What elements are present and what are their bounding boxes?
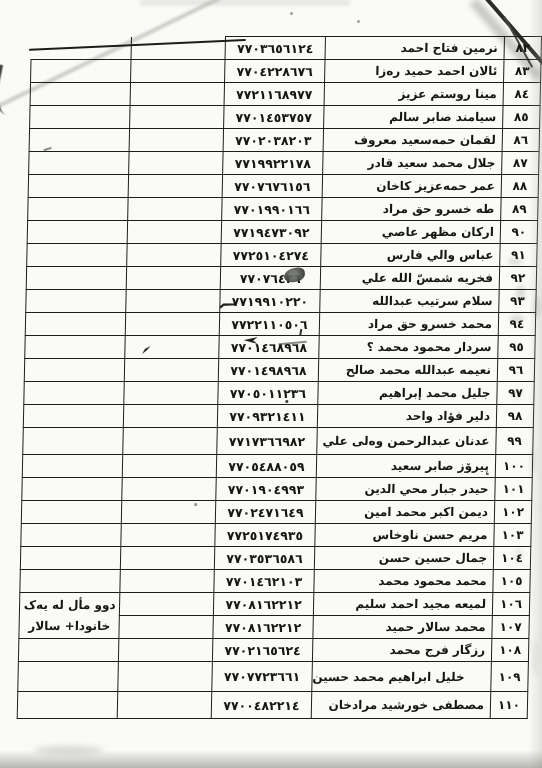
phone-cell: ٧٧٠٧٦٧٦١٥٦: [222, 175, 322, 198]
empty-cell: [118, 662, 212, 692]
empty-cell: [127, 244, 221, 267]
phone-cell: ٧٧٠٧٧٢٣٦٦١: [212, 662, 312, 692]
empty-cell: [122, 478, 216, 501]
name-cell: اركان مظهر عاصي: [321, 221, 501, 244]
notes-cell: [18, 639, 119, 662]
row-number-cell: ٩٤: [498, 313, 535, 336]
row-number-cell: ١٠٢: [494, 501, 531, 524]
name-cell: سردار محمود محمد ؟: [319, 336, 499, 359]
name-cell: جليل محمد إبراهيم: [318, 382, 498, 405]
row-number-cell: ١٠٦: [492, 593, 529, 616]
name-cell: جلال محمد سعيد قادر: [322, 152, 502, 175]
phone-cell: ٧٧٠٢٤٧١٦٤٩: [215, 501, 315, 524]
table-row: ٩٩ عدنان عبدالرحمن وەلى علي ٧٧١٧٣٦٦٩٨٢: [23, 428, 534, 455]
name-cell: حيدر جبار محي الدين: [316, 478, 496, 501]
notes-cell: [23, 405, 124, 428]
row-number-cell: ١٠٩: [491, 662, 529, 692]
empty-cell: [131, 60, 225, 83]
ink-speck: [357, 20, 360, 23]
phone-cell: ٧٧٢٢١١٠٥٠٦: [219, 313, 319, 336]
notes-cell: [29, 152, 130, 175]
table-row: ٨٦ لقمان حمەسعيد معروف ٧٧٠٢٠٣٨٢٠٣: [29, 129, 539, 152]
empty-cell: [123, 455, 217, 478]
notes-cell: [27, 221, 128, 244]
name-cell: لقمان حمەسعيد معروف: [323, 129, 503, 152]
phone-cell: ٧٧٠٩٣٢١٤١١: [217, 405, 317, 428]
row-number-cell: ٩٠: [500, 221, 537, 244]
row-number-cell: ١٠٣: [494, 524, 531, 547]
row-number-cell: ٩٥: [498, 336, 535, 359]
table-row: ١٠٣ مريم حسن ناوخاس ٧٧٢٥١٧٤٩٣٥: [21, 524, 531, 547]
notes-cell: [31, 60, 132, 83]
notes-cell: [21, 524, 122, 547]
name-cell: مينا روستم عزيز: [324, 83, 504, 106]
phone-cell: ٧٧٠١٤٦٨٩٦٨: [219, 336, 319, 359]
table-row: ٩٦ نعيمه عبدالله محمد صالح ٧٧٠١٤٩٨٩٦٨: [24, 359, 534, 382]
contact-table: ٨٢ نرمين فتاح احمد ٧٧٠٣٦٥٦١٢٤ ٨٣ ئالان ا…: [17, 36, 542, 719]
phone-cell: ٧٧٠١٩٩٠١٦٦: [222, 198, 322, 221]
empty-cell: [120, 593, 214, 616]
name-cell: ديمن اكبر محمد امين: [315, 501, 495, 524]
row-number-cell: ١٠٥: [493, 570, 530, 593]
phone-cell: ٧٧١٧٣٦٦٩٨٢: [217, 428, 317, 455]
table-row: ٨٧ جلال محمد سعيد قادر ٧٧١٩٩٢٢١٧٨: [29, 152, 539, 175]
name-cell: لميعه مجيد احمد سليم: [313, 593, 493, 616]
name-cell: محمد خسرو حق مراد: [319, 313, 499, 336]
notes-cell: [23, 428, 124, 455]
notes-cell: [24, 382, 125, 405]
row-number-cell: ٨٩: [501, 198, 538, 221]
row-number-cell: ٩٦: [497, 359, 534, 382]
name-cell: عدنان عبدالرحمن وەلى علي: [317, 428, 497, 455]
empty-cell: [124, 382, 218, 405]
empty-cell: [125, 359, 219, 382]
table-row: ١٠٨ رزگار فرج محمد ٧٧٠٢١٦٥٦٢٤: [18, 639, 528, 662]
empty-cell: [130, 106, 224, 129]
empty-cell: [121, 524, 215, 547]
empty-cell: [123, 428, 217, 455]
table-row: ٩٢ فخريه شمسّ الله علي ٧٧٠٧٦٤٣٦: [26, 267, 536, 290]
name-cell: عمر حمەعزيز كاخان: [322, 175, 502, 198]
name-cell: عباس والي فارس: [321, 244, 501, 267]
empty-cell: [129, 152, 223, 175]
empty-cell: [119, 616, 213, 639]
contact-table-scan: ٨٢ نرمين فتاح احمد ٧٧٠٣٦٥٦١٢٤ ٨٣ ئالان ا…: [17, 36, 542, 719]
table-row: ٨٣ ئالان احمد حميد رەزا ٧٧٠٤٢٢٨٦٧٦: [31, 60, 541, 83]
phone-cell: ٧٧٠٢١٦٥٦٢٤: [212, 639, 312, 662]
row-number-cell: ٩٨: [496, 405, 533, 428]
row-number-cell: ٩٩: [496, 428, 534, 455]
scanned-document-page: ٨٢ نرمين فتاح احمد ٧٧٠٣٦٥٦١٢٤ ٨٣ ئالان ا…: [0, 0, 542, 768]
empty-cell: [126, 290, 220, 313]
row-number-cell: ٨٤: [503, 83, 540, 106]
name-cell: سيامند صابر سالم: [323, 106, 503, 129]
phone-cell: ٧٧٠٧٦٤٣٦: [220, 267, 320, 290]
empty-cell: [126, 313, 220, 336]
row-number-cell: ٨٢: [504, 37, 541, 60]
table-row: ١٠١ حيدر جبار محي الدين ٧٧٠١٩٠٤٩٩٣: [22, 478, 532, 501]
row-number-cell: ٩٢: [499, 267, 536, 290]
phone-cell: ٧٧١٩٤٧٣٠٩٢: [221, 221, 321, 244]
notes-cell: [22, 455, 123, 478]
table-row: ١٠٢ ديمن اكبر محمد امين ٧٧٠٢٤٧١٦٤٩: [21, 501, 531, 524]
scanner-edge-shadow-bottom: [0, 750, 542, 768]
phone-cell: ٧٧٠١٤٩٨٩٦٨: [218, 359, 318, 382]
row-number-cell: ٨٣: [504, 60, 541, 83]
table-row: ٩٨ دلير فؤاد واحد ٧٧٠٩٣٢١٤١١: [23, 405, 533, 428]
empty-cell: [124, 405, 218, 428]
notes-cell: [17, 692, 118, 719]
table-row: ٨٥ سيامند صابر سالم ٧٧٠١٤٥٣٧٥٧: [30, 106, 540, 129]
row-number-cell: ١١٠: [490, 692, 528, 719]
empty-cell: [121, 547, 215, 570]
table-row: ١٠٤ جمال حسين حسن ٧٧٠٣٥٣٦٥٨٦: [20, 547, 530, 570]
empty-cell: [127, 221, 221, 244]
notes-cell: [29, 129, 130, 152]
table-row: ٩١ عباس والي فارس ٧٧٢٥١٠٤٢٧٤: [27, 244, 537, 267]
row-number-cell: ٩١: [500, 244, 537, 267]
table-row: ٩٤ محمد خسرو حق مراد ٧٧٢٢١١٠٥٠٦: [25, 313, 535, 336]
name-cell: محمد محمود محمد: [314, 570, 494, 593]
name-cell: محمد سالار حميد: [313, 616, 493, 639]
name-cell: طه خسرو حق مراد: [322, 198, 502, 221]
name-cell: ئالان احمد حميد رەزا: [324, 60, 504, 83]
notes-cell: [25, 313, 126, 336]
name-cell: فخريه شمسّ الله علي: [320, 267, 500, 290]
notes-cell: [24, 359, 125, 382]
notes-cell: [28, 175, 129, 198]
table-row: ١١٠ مصطفى خورشيد مرادخان ٧٧٠٠٤٨٢٢١٤: [17, 692, 528, 719]
phone-cell: ٧٧٠٤٢٢٨٦٧٦: [225, 60, 325, 83]
notes-cell: [20, 547, 121, 570]
ink-speck: [290, 12, 293, 15]
table-row: ٨٨ عمر حمەعزيز كاخان ٧٧٠٧٦٧٦١٥٦: [28, 175, 538, 198]
phone-cell: ٧٧١٩٩٢٢١٧٨: [223, 152, 323, 175]
name-cell: دلير فؤاد واحد: [317, 405, 497, 428]
phone-cell: ٧٧٢٥١٠٤٢٧٤: [221, 244, 321, 267]
phone-cell: ٧٧٠٢٠٣٨٢٠٣: [223, 129, 323, 152]
empty-cell: [122, 501, 216, 524]
table-row: ١٠٩ خليل ابراهيم محمد حسين ٧٧٠٧٧٢٣٦٦١: [18, 662, 529, 692]
note-line-2: خانودا+ سالار: [19, 616, 119, 637]
name-cell: جمال حسين حسن: [314, 547, 494, 570]
table-row: ٨٤ مينا روستم عزيز ٧٧٢١١٦٨٩٧٧: [30, 83, 540, 106]
notes-cell: [30, 106, 131, 129]
table-row: ١٠٥ محمد محمود محمد ٧٧٠١٤٦٢١٠٣: [20, 570, 530, 593]
row-number-cell: ١٠٧: [492, 616, 529, 639]
phone-cell: ٧٧٠٨١٦٢٢١٢: [213, 616, 313, 639]
table-row: ٩٠ اركان مظهر عاصي ٧٧١٩٤٧٣٠٩٢: [27, 221, 537, 244]
table-row: ٩٧ جليل محمد إبراهيم ٧٧٠٥٠١١٢٣٦: [24, 382, 534, 405]
row-number-cell: ٨٧: [502, 152, 539, 175]
phone-cell: ٧٧٠١٤٦٢١٠٣: [214, 570, 314, 593]
notes-cell: [22, 478, 123, 501]
empty-cell: [125, 336, 219, 359]
name-cell: پيرۆز صابر سعيد: [316, 455, 496, 478]
page-curl-mark: [0, 64, 19, 115]
phone-cell: ٧٧١٩٩١٠٢٢٠: [220, 290, 320, 313]
table-row: ١٠٠ پيرۆز صابر سعيد ٧٧٠٥٤٨٨٠٥٩: [22, 455, 532, 478]
row-number-cell: ١٠٤: [493, 547, 530, 570]
table-row: ٨٩ طه خسرو حق مراد ٧٧٠١٩٩٠١٦٦: [28, 198, 538, 221]
table-row: ٩٥ سردار محمود محمد ؟ ٧٧٠١٤٦٨٩٦٨: [25, 336, 535, 359]
empty-cell: [129, 129, 223, 152]
name-cell: خليل ابراهيم محمد حسين: [312, 662, 492, 692]
name-cell: مصطفى خورشيد مرادخان: [311, 692, 491, 719]
row-number-cell: ٨٨: [501, 175, 538, 198]
phone-cell: ٧٧٠٥٤٨٨٠٥٩: [216, 455, 316, 478]
empty-cell: [127, 267, 221, 290]
notes-cell: [20, 570, 121, 593]
phone-cell: ٧٧٠١٤٥٣٧٥٧: [224, 106, 324, 129]
phone-cell: ٧٧٠٣٥٣٦٥٨٦: [214, 547, 314, 570]
row-number-cell: ١٠٠: [495, 455, 532, 478]
row-number-cell: ٨٦: [502, 129, 539, 152]
phone-cell: ٧٧٢١١٦٨٩٧٧: [224, 83, 324, 106]
name-cell: نرمين فتاح احمد: [325, 37, 505, 60]
notes-cell: [18, 662, 119, 692]
notes-cell: [27, 244, 128, 267]
row-number-cell: ٩٧: [497, 382, 534, 405]
notes-cell: [21, 501, 122, 524]
note-line-1: دوو مأل له يەک: [20, 595, 120, 616]
empty-cell: [120, 570, 214, 593]
scanner-top-streak: [140, 0, 350, 5]
table-row: ٨٢ نرمين فتاح احمد ٧٧٠٣٦٥٦١٢٤: [31, 37, 541, 60]
name-cell: مريم حسن ناوخاس: [315, 524, 495, 547]
notes-cell: [25, 336, 126, 359]
name-cell: سلام سرتيب عبدالله: [320, 290, 500, 313]
name-cell: نعيمه عبدالله محمد صالح: [318, 359, 498, 382]
notes-cell: [26, 290, 127, 313]
notes-cell: دوو مأل له يەک خانودا+ سالار: [19, 593, 120, 639]
row-number-cell: ٩٣: [499, 290, 536, 313]
name-cell: رزگار فرج محمد: [312, 639, 492, 662]
notes-cell: [26, 267, 127, 290]
phone-cell: ٧٧٠٠٤٨٢٢١٤: [211, 692, 311, 719]
phone-cell: ٧٧٠٨١٦٢٢١٢: [213, 593, 313, 616]
row-number-cell: ١٠٨: [491, 639, 528, 662]
row-number-cell: ٨٥: [503, 106, 540, 129]
phone-cell: ٧٧٠٥٠١١٢٣٦: [218, 382, 318, 405]
empty-cell: [128, 198, 222, 221]
phone-cell: ٧٧٢٥١٧٤٩٣٥: [215, 524, 315, 547]
notes-cell: [30, 83, 131, 106]
row-number-cell: ١٠١: [495, 478, 532, 501]
phone-cell: ٧٧٠١٩٠٤٩٩٣: [216, 478, 316, 501]
table-row: ١٠٦ لميعه مجيد احمد سليم ٧٧٠٨١٦٢٢١٢ دوو …: [19, 593, 529, 616]
margin-smudge: [532, 640, 538, 676]
scanner-shadow-wisp: [34, 746, 104, 754]
empty-cell: [118, 692, 212, 719]
table-row: ٩٣ سلام سرتيب عبدالله ٧٧١٩٩١٠٢٢٠: [26, 290, 536, 313]
empty-cell: [130, 83, 224, 106]
empty-cell: [119, 639, 213, 662]
empty-cell: [128, 175, 222, 198]
notes-cell: [28, 198, 129, 221]
